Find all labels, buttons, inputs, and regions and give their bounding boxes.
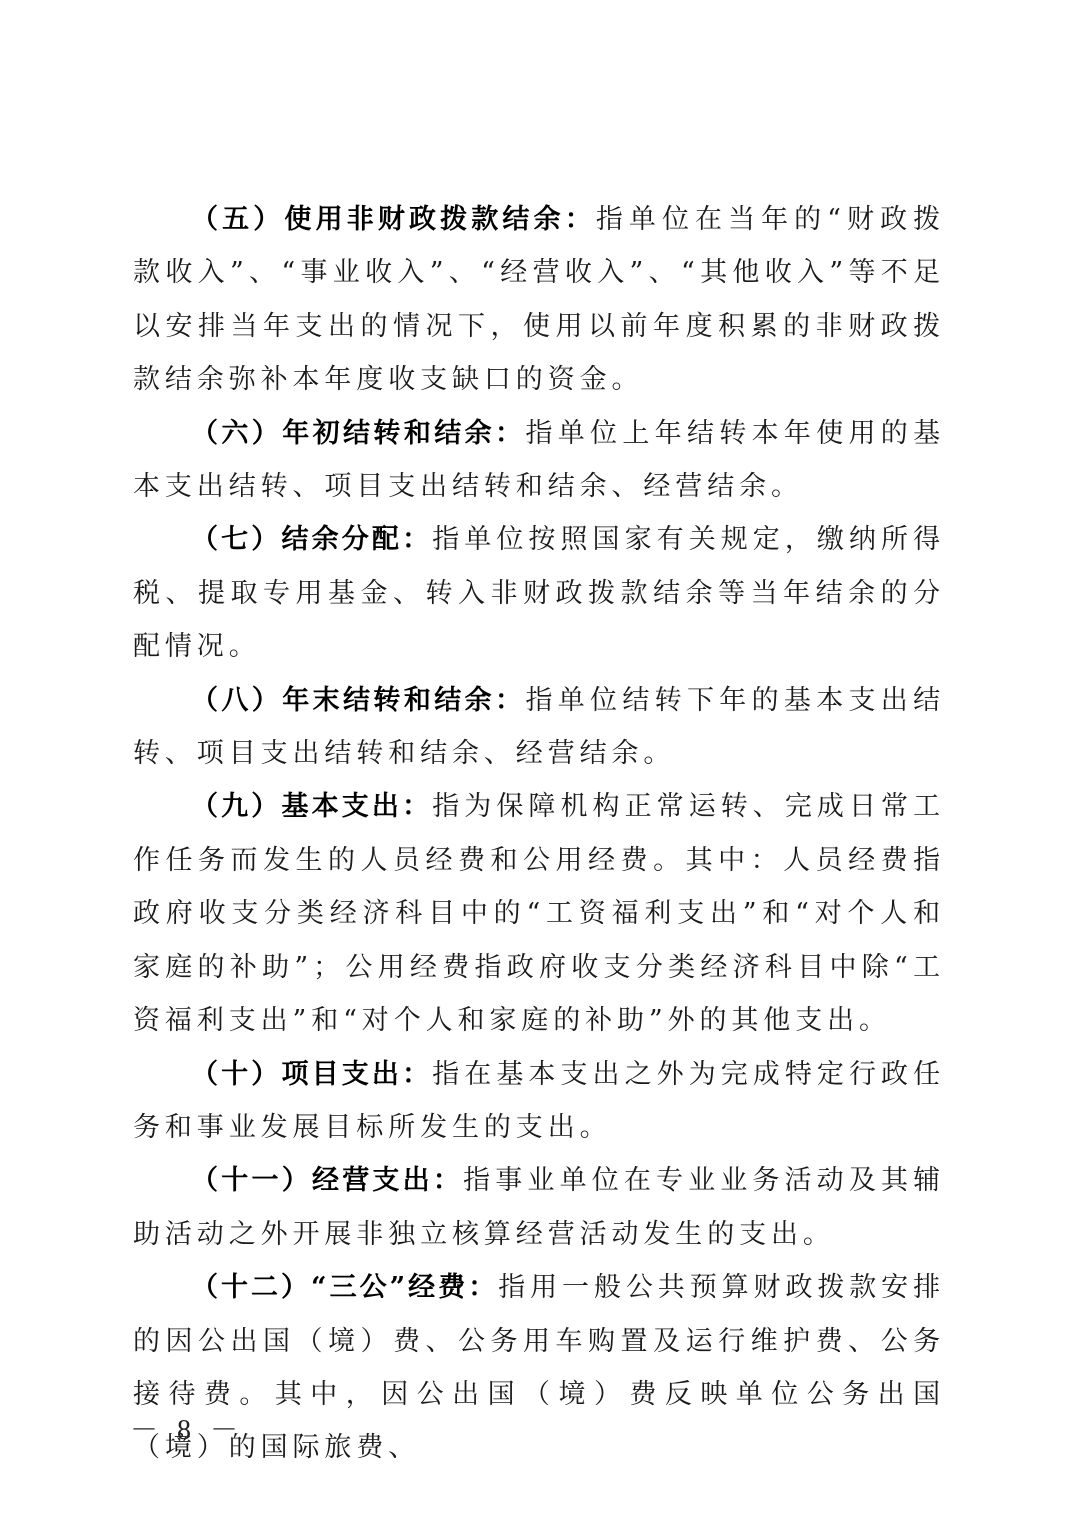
paragraph-8-closing-carryover: （八）年末结转和结余：指单位结转下年的基本支出结转、项目支出结转和结余、经营结余… xyxy=(133,674,945,781)
document-body: （五）使用非财政拨款结余：指单位在当年的“财政拨款收入”、“事业收入”、“经营收… xyxy=(133,193,945,1475)
paragraph-9-basic-expenditure: （九）基本支出：指为保障机构正常运转、完成日常工作任务而发生的人员经费和公用经费… xyxy=(133,780,945,1047)
page-number: － 8 － xyxy=(130,1408,244,1448)
term-heading: （十二）“三公”经费： xyxy=(191,1272,498,1303)
term-heading: （十一）经营支出： xyxy=(191,1165,463,1196)
paragraph-5-nonfiscal-surplus-use: （五）使用非财政拨款结余：指单位在当年的“财政拨款收入”、“事业收入”、“经营收… xyxy=(133,193,945,407)
term-heading: （十）项目支出： xyxy=(191,1059,432,1090)
term-heading: （九）基本支出： xyxy=(191,791,432,822)
term-heading: （七）结余分配： xyxy=(191,524,432,555)
term-heading: （六）年初结转和结余： xyxy=(191,418,525,449)
paragraph-12-three-public-expenses: （十二）“三公”经费：指用一般公共预算财政拨款安排的因公出国（境）费、公务用车购… xyxy=(133,1261,945,1475)
term-heading: （五）使用非财政拨款结余： xyxy=(191,204,596,235)
paragraph-10-project-expenditure: （十）项目支出：指在基本支出之外为完成特定行政任务和事业发展目标所发生的支出。 xyxy=(133,1048,945,1155)
term-heading: （八）年末结转和结余： xyxy=(191,685,525,716)
term-definition: 指为保障机构正常运转、完成日常工作任务而发生的人员经费和公用经费。其中：人员经费… xyxy=(133,791,945,1036)
paragraph-6-opening-carryover: （六）年初结转和结余：指单位上年结转本年使用的基本支出结转、项目支出结转和结余、… xyxy=(133,407,945,514)
paragraph-11-operating-expenditure: （十一）经营支出：指事业单位在专业业务活动及其辅助活动之外开展非独立核算经营活动… xyxy=(133,1154,945,1261)
paragraph-7-surplus-distribution: （七）结余分配：指单位按照国家有关规定，缴纳所得税、提取专用基金、转入非财政拨款… xyxy=(133,513,945,673)
